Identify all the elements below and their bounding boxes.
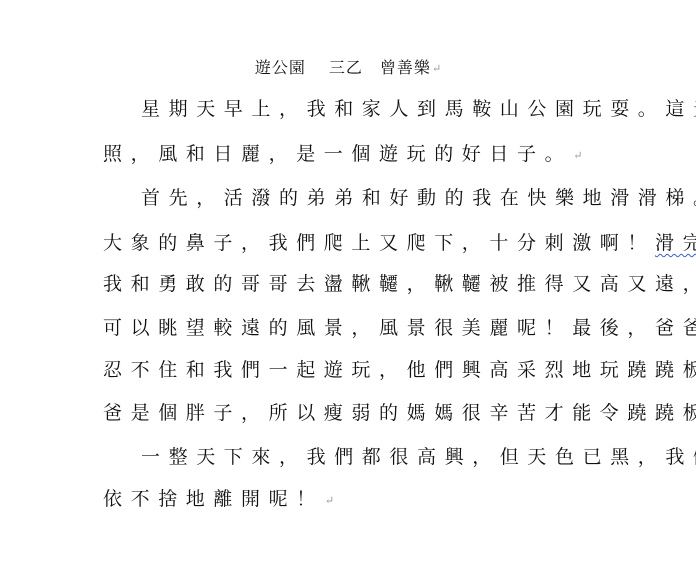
paragraph-2-line-6: 爸是個胖子，所以瘦弱的媽媽很辛苦才能令蹺蹺板降下來。↵ <box>103 399 603 429</box>
paragraph-2-line-2: 大象的鼻子，我們爬上又爬下，十分刺激啊！滑完滑梯後， <box>103 229 603 257</box>
paragraph-mark-icon: ↵ <box>432 62 441 75</box>
paragraph-2-line-5: 忍不住和我們一起遊玩，他們興高采烈地玩蹺蹺板，因為爸 <box>103 356 603 384</box>
paragraph-1-line-2: 照，風和日麗，是一個遊玩的好日子。↵ <box>103 140 603 170</box>
paragraph-2-line-1: 首先，活潑的弟弟和好動的我在快樂地滑滑梯。滑梯像 <box>103 184 641 212</box>
paragraph-1-line-1: 星期天早上，我和家人到馬鞍山公園玩耍。這天陽光普 <box>103 95 641 123</box>
line-text: 爸是個胖子，所以瘦弱的媽媽很辛苦才能令蹺蹺板降下來。 <box>103 402 696 424</box>
paragraph-2-line-4: 可以眺望較遠的風景，風景很美麗呢！最後，爸爸和媽媽也 <box>103 314 603 342</box>
line-text: 大象的鼻子，我們爬上又爬下，十分刺激啊！ <box>103 232 655 254</box>
paragraph-mark-icon: ↵ <box>573 149 582 162</box>
paragraph-mark-icon: ↵ <box>325 494 334 507</box>
document-page[interactable]: 遊公園 三乙 曾善樂↵ 星期天早上，我和家人到馬鞍山公園玩耍。這天陽光普 照，風… <box>0 0 696 564</box>
line-text: 依不捨地離開呢！ <box>103 488 324 510</box>
grammar-flagged-text[interactable]: 滑完滑梯後 <box>655 232 696 254</box>
document-title: 遊公園 三乙 曾善樂↵ <box>0 56 696 81</box>
title-text: 遊公園 三乙 曾善樂 <box>255 58 431 77</box>
paragraph-3-line-1: 一整天下來，我們都很高興，但天色已黑，我們只好依 <box>103 443 641 471</box>
line-text: 照，風和日麗，是一個遊玩的好日子。 <box>103 143 572 165</box>
paragraph-3-line-2: 依不捨地離開呢！↵ <box>103 485 603 515</box>
paragraph-2-line-3: 我和勇敢的哥哥去盪鞦韆，鞦韆被推得又高又遠，升高時還 <box>103 270 603 298</box>
